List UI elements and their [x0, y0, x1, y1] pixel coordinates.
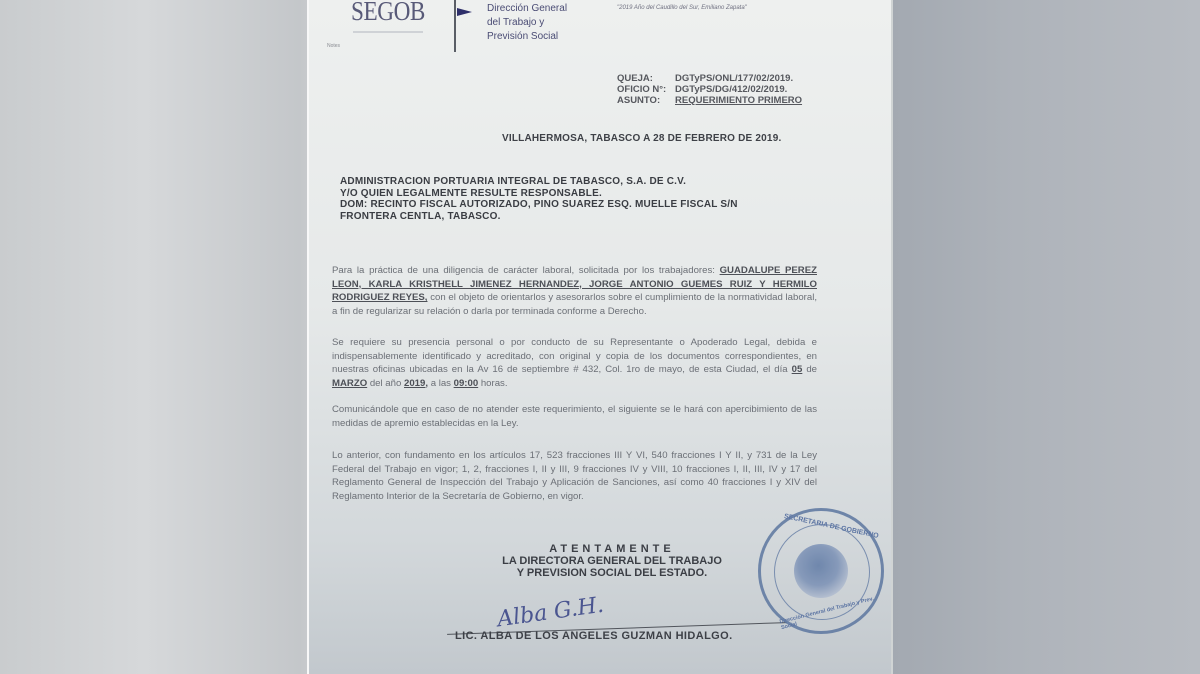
addressee-block: ADMINISTRACION PORTUARIA INTEGRAL DE TAB… — [340, 176, 738, 222]
place-date: VILLAHERMOSA, TABASCO A 28 DE FEBRERO DE… — [502, 133, 781, 144]
year-motto: "2019 Año del Caudillo del Sur, Emiliano… — [617, 5, 747, 11]
paragraph-warning: Comunicándole que en caso de no atender … — [332, 403, 817, 430]
header-divider — [454, 0, 456, 52]
signer-name: LIC. ALBA DE LOS ANGELES GUZMAN HIDALGO. — [455, 630, 733, 642]
official-seal: SECRETARIA DE GOBIERNO Dirección General… — [758, 508, 884, 634]
background-right — [893, 0, 1200, 674]
reference-block: QUEJA:DGTyPS/ONL/177/02/2019. OFICIO N°:… — [617, 73, 802, 106]
paragraph-appointment: Se requiere su presencia personal o por … — [332, 336, 817, 390]
queja-number: DGTyPS/ONL/177/02/2019. — [675, 73, 793, 84]
paragraph-diligence: Para la práctica de una diligencia de ca… — [332, 264, 817, 318]
subject: REQUERIMIENTO PRIMERO — [675, 95, 802, 106]
small-label: Notes — [327, 43, 340, 49]
appointment-time: 09:00 — [454, 378, 479, 389]
signature-block: ATENTAMENTE LA DIRECTORA GENERAL DEL TRA… — [462, 543, 762, 579]
handwritten-signature: Alba G.H. — [496, 593, 606, 633]
appointment-day: 05 — [792, 364, 803, 375]
appointment-month: MARZO — [332, 378, 367, 389]
segob-logo: SEGOB — [351, 0, 425, 27]
coat-of-arms-icon — [794, 544, 848, 598]
document-page: SEGOB Notes Dirección General del Trabaj… — [307, 0, 893, 674]
oficio-number: DGTyPS/DG/412/02/2019. — [675, 84, 787, 95]
agency-name: Dirección General del Trabajo y Previsió… — [487, 2, 567, 44]
logo-subtitle-line — [353, 31, 423, 33]
paragraph-legal-basis: Lo anterior, con fundamento en los artíc… — [332, 449, 817, 503]
flag-icon — [457, 8, 472, 16]
appointment-year: 2019, — [404, 378, 428, 389]
